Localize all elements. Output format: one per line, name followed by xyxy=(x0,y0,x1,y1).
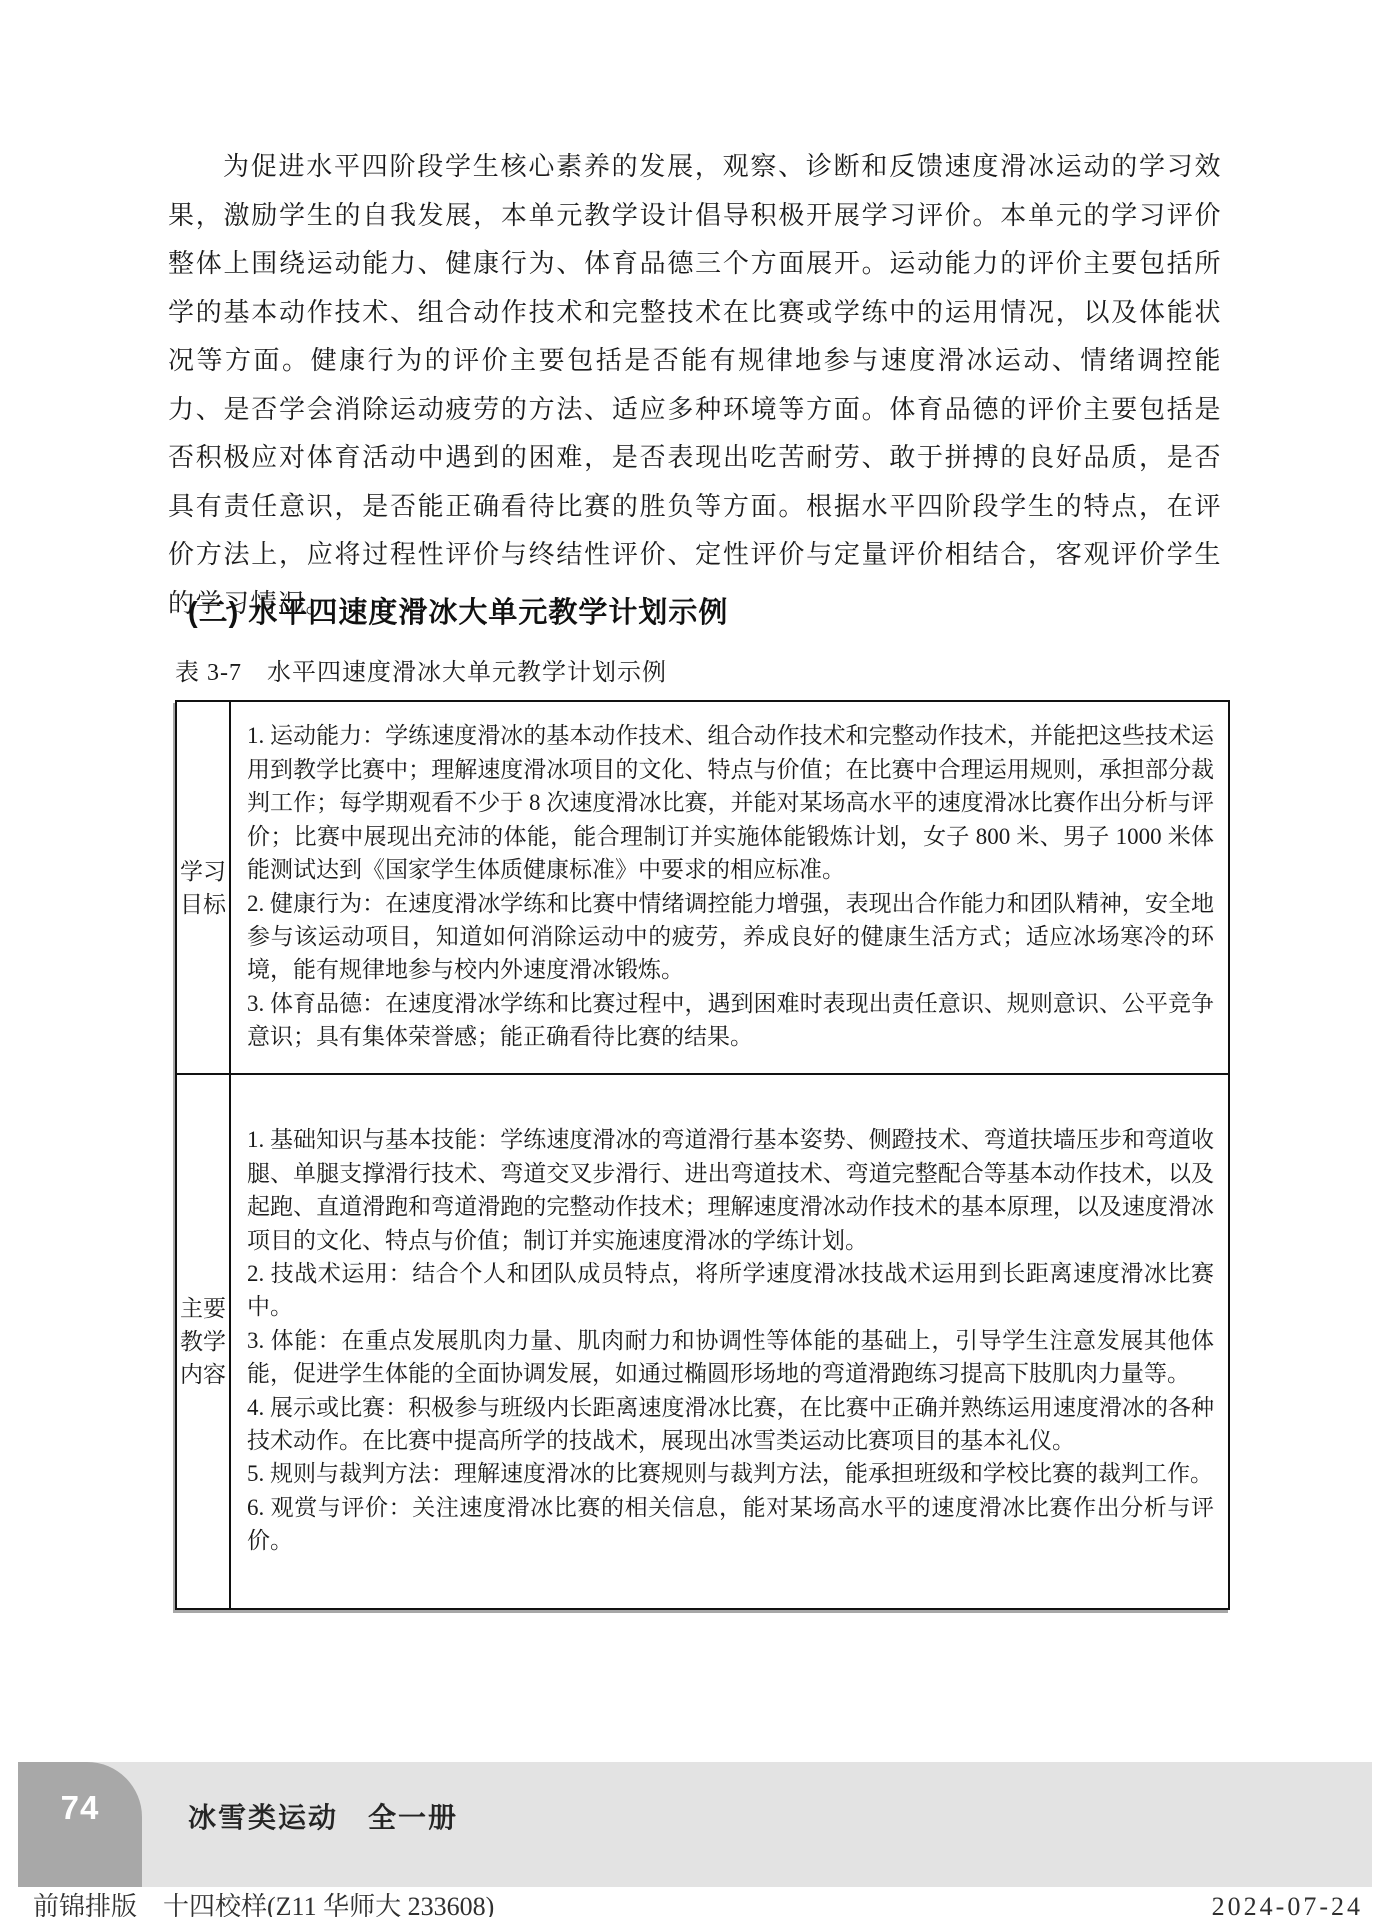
row-content-learning-goals: 1. 运动能力：学练速度滑冰的基本动作技术、组合动作技术和完整动作技术，并能把这… xyxy=(230,701,1229,1074)
textbook-page: 为促进水平四阶段学生核心素养的发展，观察、诊断和反馈速度滑冰运动的学习效果，激励… xyxy=(0,0,1388,1917)
list-item: 6. 观赏与评价：关注速度滑冰比赛的相关信息，能对某场高水平的速度滑冰比赛作出分… xyxy=(247,1491,1214,1558)
list-item: 3. 体育品德：在速度滑冰学练和比赛过程中，遇到困难时表现出责任意识、规则意识、… xyxy=(247,987,1214,1054)
page-number: 74 xyxy=(18,1762,142,1827)
table-caption: 表 3-7 水平四速度滑冰大单元教学计划示例 xyxy=(175,652,667,687)
list-item: 1. 基础知识与基本技能：学练速度滑冰的弯道滑行基本姿势、侧蹬技术、弯道扶墙压步… xyxy=(247,1123,1214,1257)
book-title: 冰雪类运动 全一册 xyxy=(188,1796,458,1836)
footer-band: 74 冰雪类运动 全一册 xyxy=(18,1762,1372,1887)
row-header-teaching-contents: 主要教学内容 xyxy=(176,1074,230,1609)
imprint-text: 前锦排版 十四校样(Z11 华师大 233608) xyxy=(33,1886,494,1917)
teaching-plan-table: 学习目标 1. 运动能力：学练速度滑冰的基本动作技术、组合动作技术和完整动作技术… xyxy=(175,700,1230,1610)
list-item: 2. 技战术运用：结合个人和团队成员特点，将所学速度滑冰技战术运用到长距离速度滑… xyxy=(247,1257,1214,1324)
list-item: 1. 运动能力：学练速度滑冰的基本动作技术、组合动作技术和完整动作技术，并能把这… xyxy=(247,719,1214,886)
row-content-teaching-contents: 1. 基础知识与基本技能：学练速度滑冰的弯道滑行基本姿势、侧蹬技术、弯道扶墙压步… xyxy=(230,1074,1229,1609)
table-row-teaching-contents: 主要教学内容 1. 基础知识与基本技能：学练速度滑冰的弯道滑行基本姿势、侧蹬技术… xyxy=(176,1074,1229,1609)
list-item: 2. 健康行为：在速度滑冰学练和比赛中情绪调控能力增强，表现出合作能力和团队精神… xyxy=(247,887,1214,987)
proof-bar: 前锦排版 十四校样(Z11 华师大 233608) 2024-07-24 xyxy=(33,1886,1363,1917)
list-item: 3. 体能：在重点发展肌肉力量、肌肉耐力和协调性等体能的基础上，引导学生注意发展… xyxy=(247,1324,1214,1391)
proof-date: 2024-07-24 xyxy=(1212,1892,1363,1917)
row-header-learning-goals: 学习目标 xyxy=(176,701,230,1074)
list-item: 5. 规则与裁判方法：理解速度滑冰的比赛规则与裁判方法，能承担班级和学校比赛的裁… xyxy=(247,1457,1214,1490)
section-heading: (二) 水平四速度滑冰大单元教学计划示例 xyxy=(188,590,728,631)
page-number-badge: 74 xyxy=(18,1762,142,1887)
list-item: 4. 展示或比赛：积极参与班级内长距离速度滑冰比赛，在比赛中正确并熟练运用速度滑… xyxy=(247,1391,1214,1458)
table-row-learning-goals: 学习目标 1. 运动能力：学练速度滑冰的基本动作技术、组合动作技术和完整动作技术… xyxy=(176,701,1229,1074)
body-paragraph: 为促进水平四阶段学生核心素养的发展，观察、诊断和反馈速度滑冰运动的学习效果，激励… xyxy=(168,143,1222,628)
